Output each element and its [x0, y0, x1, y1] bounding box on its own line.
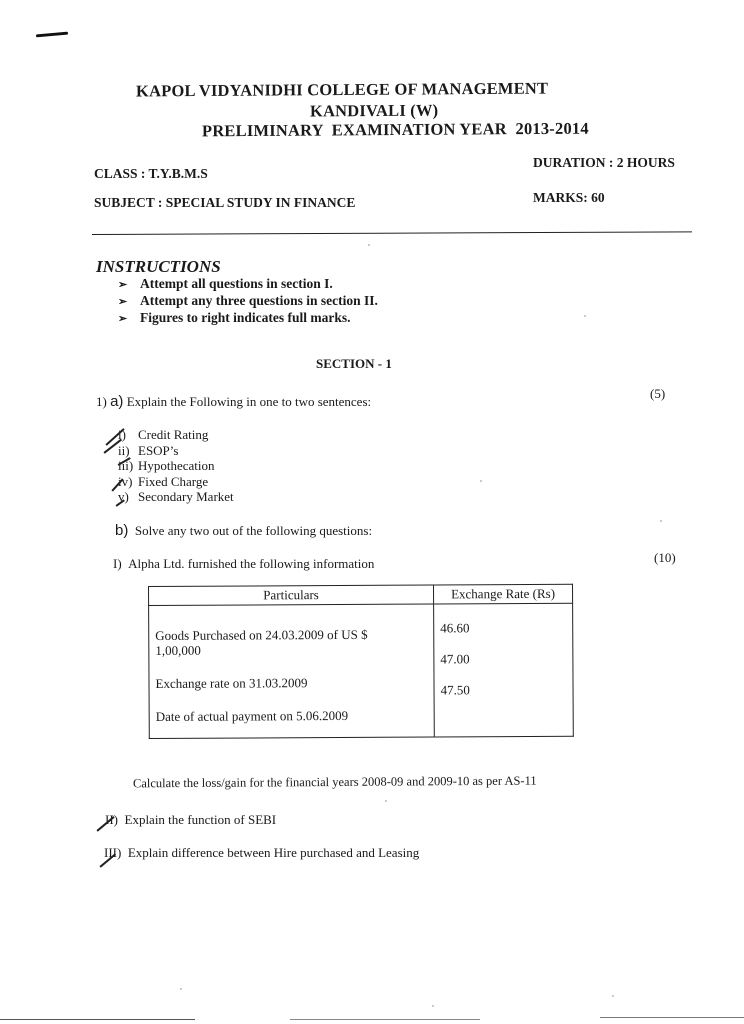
scan-speck: [432, 1005, 434, 1007]
question-1a-marks: (5): [650, 386, 665, 402]
instructions-list: ➢Attempt all questions in section I. ➢At…: [118, 276, 378, 326]
exchange-rate-table: Particulars Exchange Rate (Rs) Goods Pur…: [148, 584, 574, 739]
question-1a-items: i)Credit Rating ii)ESOP’s iii)Hypothecat…: [118, 427, 234, 505]
list-item: v)Secondary Market: [118, 489, 234, 505]
question-1b-iii: III) Explain difference between Hire pur…: [104, 845, 419, 861]
pen-stroke-mark: [36, 32, 68, 38]
section-title: SECTION - 1: [316, 356, 392, 372]
instruction-item: ➢Figures to right indicates full marks.: [118, 310, 378, 326]
scan-speck: [584, 315, 586, 317]
marks-label: MARKS: 60: [533, 190, 605, 206]
arrowhead-bullet-icon: ➢: [118, 278, 140, 291]
question-text: Alpha Ltd. furnished the following infor…: [128, 556, 374, 571]
question-part-letter: b): [115, 522, 128, 539]
question-1b-i-marks: (10): [654, 550, 676, 566]
scan-speck: [660, 520, 662, 522]
scan-speck: [612, 995, 614, 997]
list-item: ii)ESOP’s: [118, 443, 234, 459]
question-part-letter: a): [110, 393, 123, 410]
table-row: Goods Purchased on 24.03.2009 of US $ 1,…: [149, 603, 574, 738]
college-location: KANDIVALI (W): [310, 101, 438, 122]
subject-label: SUBJECT : SPECIAL STUDY IN FINANCE: [94, 195, 355, 211]
question-text: Solve any two out of the following quest…: [135, 523, 372, 538]
college-name: KAPOL VIDYANIDHI COLLEGE OF MANAGEMENT: [136, 79, 548, 102]
arrowhead-bullet-icon: ➢: [118, 295, 140, 308]
question-1a: 1) a) Explain the Following in one to tw…: [96, 393, 371, 410]
arrowhead-bullet-icon: ➢: [118, 312, 140, 325]
column-header-particulars: Particulars: [149, 585, 434, 605]
list-item: iv)Fixed Charge: [118, 474, 234, 490]
question-number: 1): [96, 394, 107, 409]
question-number: I): [113, 556, 122, 571]
question-1b-i: I) Alpha Ltd. furnished the following in…: [113, 556, 374, 572]
scan-edge-line: [0, 1019, 195, 1020]
scan-edge-line: [290, 1019, 480, 1020]
instructions-title: INSTRUCTIONS: [96, 257, 221, 277]
table-header-row: Particulars Exchange Rate (Rs): [149, 584, 573, 605]
scan-speck: [385, 800, 387, 802]
header-divider: [92, 231, 692, 235]
list-item: i)Credit Rating: [118, 427, 234, 443]
particulars-cell: Goods Purchased on 24.03.2009 of US $ 1,…: [149, 604, 435, 738]
exchange-rate-cell: 46.60 47.00 47.50: [434, 603, 574, 737]
question-1b: b) Solve any two out of the following qu…: [115, 522, 372, 539]
duration-label: DURATION : 2 HOURS: [533, 155, 675, 171]
exam-title: PRELIMINARY EXAMINATION YEAR 2013-2014: [202, 119, 589, 142]
question-1b-ii: II) Explain the function of SEBI: [105, 812, 276, 828]
question-text: Explain the Following in one to two sent…: [127, 394, 371, 409]
instruction-item: ➢Attempt any three questions in section …: [118, 293, 378, 309]
class-label: CLASS : T.Y.B.M.S: [94, 166, 208, 182]
scan-speck: [368, 244, 370, 246]
column-header-exchange-rate: Exchange Rate (Rs): [433, 584, 572, 604]
question-text: Explain the function of SEBI: [125, 812, 277, 827]
instruction-item: ➢Attempt all questions in section I.: [118, 276, 378, 292]
calculation-instruction: Calculate the loss/gain for the financia…: [133, 774, 537, 792]
scan-edge-line: [600, 1017, 744, 1018]
question-text: Explain difference between Hire purchase…: [128, 845, 419, 860]
question-number: III): [104, 845, 121, 860]
list-item: iii)Hypothecation: [118, 458, 234, 474]
scan-speck: [180, 988, 182, 990]
scan-speck: [480, 480, 482, 482]
